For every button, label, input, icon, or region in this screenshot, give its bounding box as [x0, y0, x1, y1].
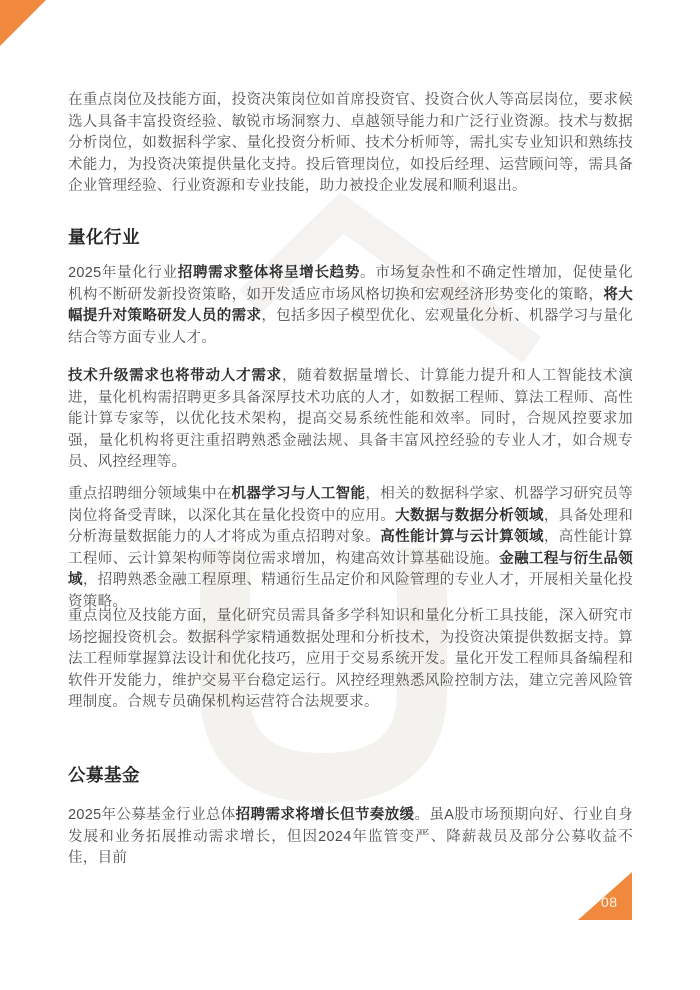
text-run: 重点岗位及技能方面，量化研究员需具备多学科知识和量化分析工具技能，深入研究市场挖…: [68, 608, 633, 710]
paragraph-recruitment-focus-areas: 重点招聘细分领域集中在机器学习与人工智能，相关的数据科学家、机器学习研究员等岗位…: [68, 484, 633, 614]
text-run-bold: 招聘需求将增长但节奏放缓: [236, 807, 415, 823]
text-run-bold: 高性能计算与云计算领域: [380, 529, 544, 545]
paragraph-tech-upgrade-talent: 技术升级需求也将带动人才需求，随着数据量增长、计算能力提升和人工智能技术演进，量…: [68, 366, 633, 474]
text-run-bold: 招聘需求整体将呈增长趋势: [178, 265, 360, 281]
text-run: 2025年量化行业: [68, 265, 178, 281]
paragraph-key-positions-skills: 在重点岗位及技能方面，投资决策岗位如首席投资官、投资合伙人等高层岗位，要求候选人…: [68, 90, 633, 198]
paragraph-quant-positions-skills: 重点岗位及技能方面，量化研究员需具备多学科知识和量化分析工具技能，深入研究市场挖…: [68, 606, 633, 714]
text-run: 在重点岗位及技能方面，投资决策岗位如首席投资官、投资合伙人等高层岗位，要求候选人…: [68, 92, 633, 194]
top-left-corner-triangle: [0, 0, 46, 46]
report-page: 在重点岗位及技能方面，投资决策岗位如首席投资官、投资合伙人等高层岗位，要求候选人…: [0, 0, 700, 990]
paragraph-public-fund-demand: 2025年公募基金行业总体招聘需求将增长但节奏放缓。虽A股市场预期向好、行业自身…: [68, 805, 633, 870]
text-run-bold: 机器学习与人工智能: [232, 486, 366, 502]
text-run: 重点招聘细分领域集中在: [68, 486, 232, 502]
text-run: ，招聘熟悉金融工程原理、精通衍生品定价和风险管理的专业人才，开展相关量化投资策略…: [68, 572, 633, 610]
section-title-quant-industry: 量化行业: [68, 227, 633, 247]
section-title-public-funds: 公募基金: [68, 765, 633, 785]
text-run-bold: 大数据与数据分析领域: [395, 508, 544, 524]
page-number: 08: [601, 894, 633, 910]
paragraph-quant-demand-growth: 2025年量化行业招聘需求整体将呈增长趋势。市场复杂性和不确定性增加，促使量化机…: [68, 263, 633, 349]
text-run-bold: 技术升级需求也将带动人才需求: [68, 368, 282, 384]
text-run: 2025年公募基金行业总体: [68, 807, 236, 823]
